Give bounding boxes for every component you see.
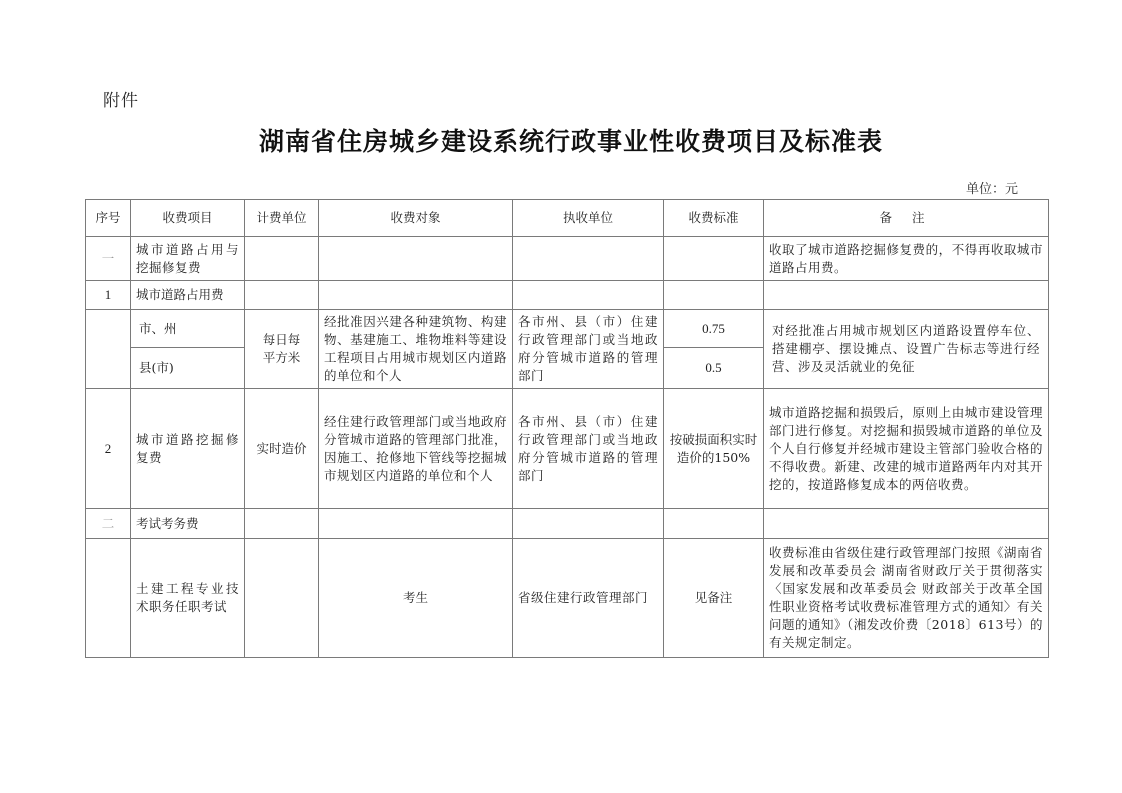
seq-cell: 2	[86, 389, 131, 509]
collector-cell: 省级住建行政管理部门	[513, 539, 664, 658]
standard-cell	[664, 509, 764, 539]
target-cell	[319, 237, 513, 281]
remark-cell: 收费标准由省级住建行政管理部门按照《湖南省发展和改革委员会 湖南省财政厅关于贯彻…	[764, 539, 1049, 658]
unit-cell	[245, 281, 319, 310]
item-cell: 城市道路占用与挖掘修复费	[131, 237, 245, 281]
item-cell: 市、州	[131, 310, 245, 348]
collector-cell: 各市州、县（市）住建行政管理部门或当地政府分管城市道路的管理部门	[513, 389, 664, 509]
target-cell: 经住建行政管理部门或当地政府分管城市道路的管理部门批准，因施工、抢修地下管线等挖…	[319, 389, 513, 509]
standard-cell: 见备注	[664, 539, 764, 658]
header-standard: 收费标准	[664, 200, 764, 237]
target-cell	[319, 509, 513, 539]
unit-cell	[245, 509, 319, 539]
unit-cell: 实时造价	[245, 389, 319, 509]
standard-cell	[664, 237, 764, 281]
fee-table: 序号 收费项目 计费单位 收费对象 执收单位 收费标准 备 注 一 城市道路占用…	[85, 199, 1049, 658]
table-row: 二 考试考务费	[86, 509, 1049, 539]
header-remark: 备 注	[764, 200, 1049, 237]
table-header-row: 序号 收费项目 计费单位 收费对象 执收单位 收费标准 备 注	[86, 200, 1049, 237]
target-cell	[319, 281, 513, 310]
item-cell: 城市道路占用费	[131, 281, 245, 310]
unit-label: 单位：元	[966, 178, 1018, 197]
standard-cell	[664, 281, 764, 310]
collector-cell: 各市州、县（市）住建行政管理部门或当地政府分管城市道路的管理部门	[513, 310, 664, 389]
collector-cell	[513, 509, 664, 539]
collector-cell	[513, 237, 664, 281]
header-unit: 计费单位	[245, 200, 319, 237]
collector-cell	[513, 281, 664, 310]
unit-cell	[245, 539, 319, 658]
seq-cell: 一	[86, 237, 131, 281]
remark-cell	[764, 509, 1049, 539]
seq-cell: 二	[86, 509, 131, 539]
seq-cell: 1	[86, 281, 131, 310]
header-seq: 序号	[86, 200, 131, 237]
document-title: 湖南省住房城乡建设系统行政事业性收费项目及标准表	[0, 122, 1122, 158]
remark-cell: 城市道路挖掘和损毁后，原则上由城市建设管理部门进行修复。对挖掘和损毁城市道路的单…	[764, 389, 1049, 509]
remark-cell: 收取了城市道路挖掘修复费的，不得再收取城市道路占用费。	[764, 237, 1049, 281]
standard-cell: 0.5	[664, 348, 764, 389]
item-cell: 考试考务费	[131, 509, 245, 539]
target-cell: 考生	[319, 539, 513, 658]
table-row: 1 城市道路占用费	[86, 281, 1049, 310]
seq-cell	[86, 310, 131, 389]
remark-cell: 对经批准占用城市规划区内道路设置停车位、搭建棚亭、摆设摊点、设置广告标志等进行经…	[764, 310, 1049, 389]
item-cell: 县(市)	[131, 348, 245, 389]
standard-cell: 0.75	[664, 310, 764, 348]
unit-cell: 每日每平方米	[245, 310, 319, 389]
item-cell: 土建工程专业技术职务任职考试	[131, 539, 245, 658]
header-collector: 执收单位	[513, 200, 664, 237]
table-row: 一 城市道路占用与挖掘修复费 收取了城市道路挖掘修复费的，不得再收取城市道路占用…	[86, 237, 1049, 281]
seq-cell	[86, 539, 131, 658]
remark-cell	[764, 281, 1049, 310]
table-row: 土建工程专业技术职务任职考试 考生 省级住建行政管理部门 见备注 收费标准由省级…	[86, 539, 1049, 658]
unit-cell	[245, 237, 319, 281]
header-target: 收费对象	[319, 200, 513, 237]
header-item: 收费项目	[131, 200, 245, 237]
standard-cell: 按破损面积实时造价的150%	[664, 389, 764, 509]
table-row: 2 城市道路挖掘修复费 实时造价 经住建行政管理部门或当地政府分管城市道路的管理…	[86, 389, 1049, 509]
item-cell: 城市道路挖掘修复费	[131, 389, 245, 509]
table-row: 市、州 每日每平方米 经批准因兴建各种建筑物、构建物、基建施工、堆物堆料等建设工…	[86, 310, 1049, 348]
attachment-label: 附件	[103, 86, 139, 111]
target-cell: 经批准因兴建各种建筑物、构建物、基建施工、堆物堆料等建设工程项目占用城市规划区内…	[319, 310, 513, 389]
